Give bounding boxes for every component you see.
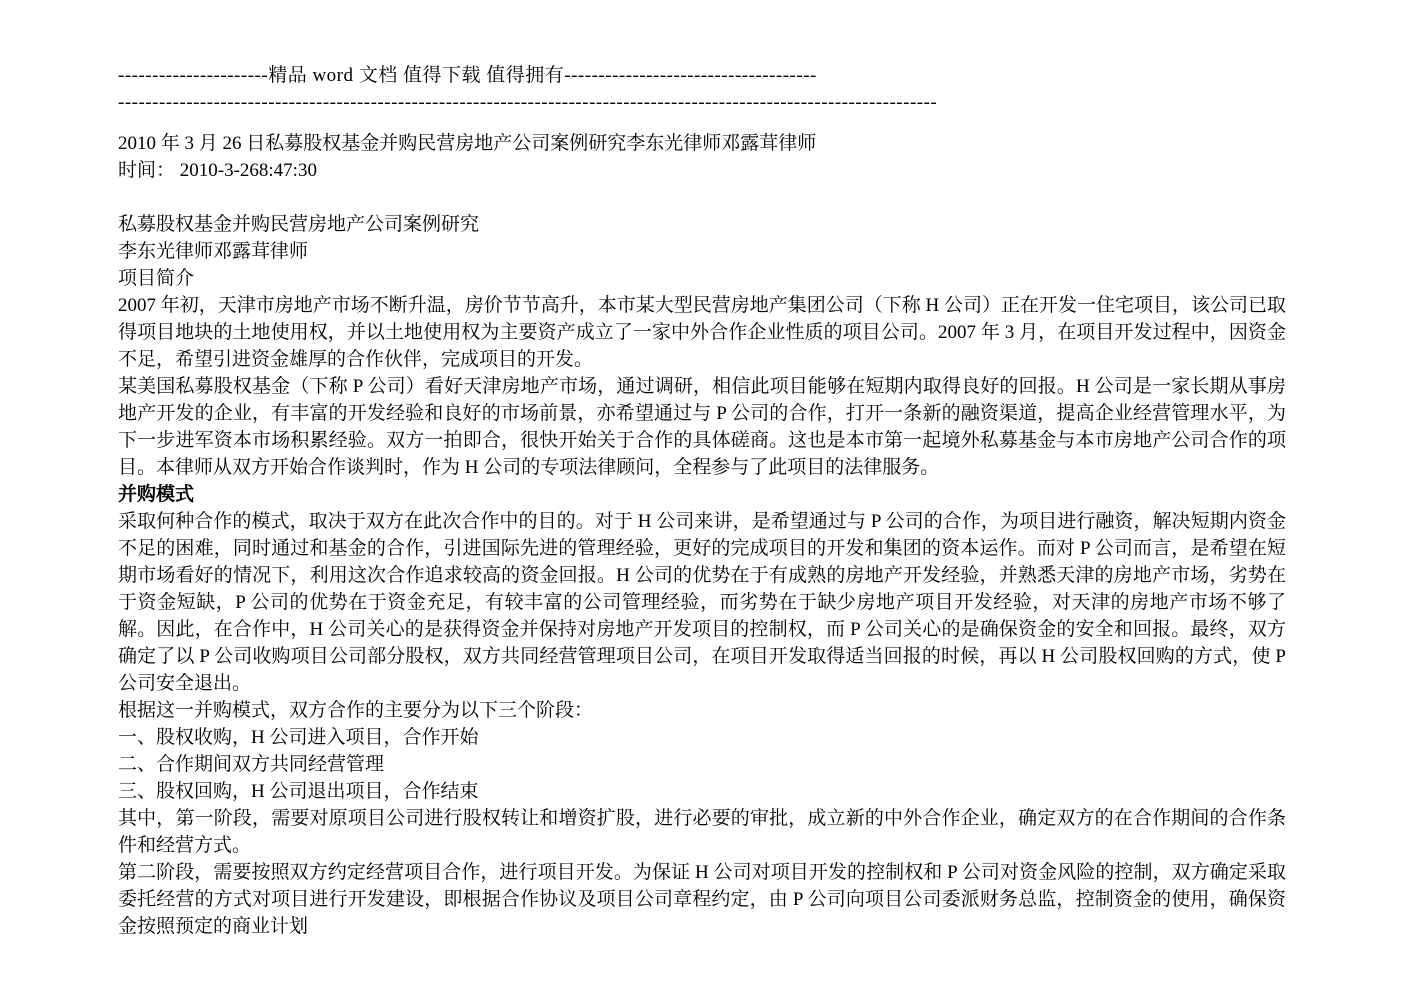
stage-item-1: 一、股权收购，H 公司进入项目，合作开始	[118, 724, 1286, 751]
promo-banner-dashes-right: -------------------------------------	[564, 65, 817, 86]
section-heading-ma-model: 并购模式	[118, 481, 1286, 508]
header-divider-line: ----------------------------------------…	[118, 89, 1286, 116]
doc-subtitle: 私募股权基金并购民营房地产公司案例研究	[118, 211, 1286, 238]
paragraph-stage-two: 第二阶段，需要按照双方约定经营项目合作，进行项目开发。为保证 H 公司对项目开发…	[118, 859, 1286, 940]
promo-banner-dashes-left: ----------------------	[118, 65, 268, 86]
word-document-page: ----------------------精品 word 文档 值得下载 值得…	[0, 0, 1404, 993]
doc-authors: 李东光律师邓露茸律师	[118, 238, 1286, 265]
paragraph-project-intro-1: 2007 年初，天津市房地产市场不断升温，房价节节高升，本市某大型民营房地产集团…	[118, 292, 1286, 373]
paragraph-project-intro-2: 某美国私募股权基金（下称 P 公司）看好天津房地产市场，通过调研，相信此项目能够…	[118, 373, 1286, 481]
stages-intro-line: 根据这一并购模式，双方合作的主要分为以下三个阶段：	[118, 697, 1286, 724]
stage-item-3: 三、股权回购，H 公司退出项目，合作结束	[118, 778, 1286, 805]
section-heading-project-intro: 项目简介	[118, 265, 1286, 292]
paragraph-ma-model: 采取何种合作的模式，取决于双方在此次合作中的目的。对于 H 公司来讲，是希望通过…	[118, 508, 1286, 697]
doc-header: ----------------------精品 word 文档 值得下载 值得…	[118, 62, 1286, 116]
doc-title: 2010 年 3 月 26 日私募股权基金并购民营房地产公司案例研究李东光律师邓…	[118, 130, 1286, 157]
stage-item-2: 二、合作期间双方共同经营管理	[118, 751, 1286, 778]
doc-timestamp: 时间： 2010-3-268:47:30	[118, 157, 1286, 184]
promo-banner-text: 精品 word 文档 值得下载 值得拥有	[268, 65, 564, 86]
blank-line	[118, 184, 1286, 211]
promo-banner-line: ----------------------精品 word 文档 值得下载 值得…	[118, 62, 1286, 89]
paragraph-stage-one: 其中，第一阶段，需要对原项目公司进行股权转让和增资扩股，进行必要的审批，成立新的…	[118, 805, 1286, 859]
